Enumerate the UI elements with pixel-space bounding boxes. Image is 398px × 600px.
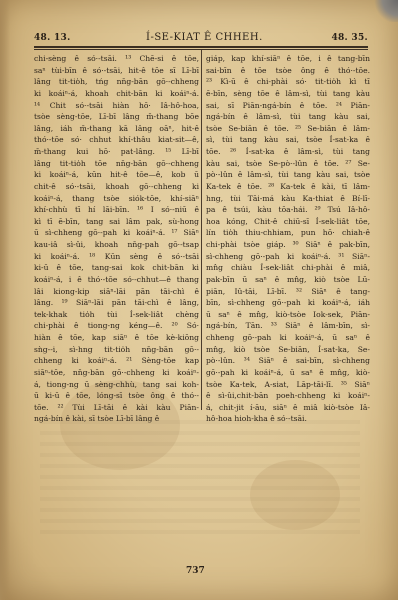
text-line: sì, tùi tang kàu sai, tsòe Í-sat-ka ê [206,134,370,146]
text-line: ū saⁿ ê mn̂g, kiò-tsòe Iok-sek, Piān- [206,309,370,321]
text-line: á, chit-jit í-āu, siāⁿ ê miâ kiò-tsòe Iâ… [206,402,370,414]
text-line: kàu sai, tsòe Se-pò·-lûn ê tōe. ²⁷ Se- [206,158,370,170]
text-line: hô-hoa hioh-kha ê só·-tsāi. [206,413,370,425]
text-line: pò·-lûn ê lâm-sì, tùi tang kàu sai, tsòe [206,169,370,181]
text-line: pak-bīn ū saⁿ ê mn̂g, kiò tsòe Lū- [206,274,370,286]
text-line: saⁿ tùi-bīn ê só·-tsāi, hit-ê tōe sī Lī-… [34,65,199,77]
column-divider [201,50,202,410]
text-line: ê sì-ûi,chit-bān poeh-chheng ki koáiⁿ- [206,390,370,402]
text-line: mn̂g chiàu Í-sek-liât chi-phài ê miâ, [206,262,370,274]
text-line: tsòe Ka-tek, A-siat, Lāp-tāi-lī. ³⁵ Siāⁿ [206,379,370,391]
text-line: ū sì-chheng gō·-pah ki koáiⁿ-á. ¹⁷ Siāⁿ [34,227,199,239]
text-line: ki koáiⁿ-á. ¹⁸ Kūn sèng ê só·-tsāi [34,251,199,263]
text-line: koáiⁿ-á, i ê thó·-tōe só·-chhut—ê thang [34,274,199,286]
text-line: ngá-bín, Tān. ³³ Siāⁿ ê lâm-bīn, sì- [206,320,370,332]
text-line: chi-sèng ê só·-tsāi. ¹³ Chē-si ê tōe, [34,53,199,65]
text-line: kì tī ē-bīn, tang sai lâm pak, sù-hong [34,216,199,228]
text-line: ē-bīn, sèng tōe ê lâm-sì, tùi tang kàu [206,88,370,100]
text-line: sǹg--i, sì-hng tit-tio̍h nn̄g-bān gō·- [34,344,199,356]
text-line: ki koáiⁿ-á, khoah chit-bān ki koáiⁿ-á. [34,88,199,100]
text-line: pò·-lûn. ³⁴ Siāⁿ ê sai-bīn, sì-chheng [206,355,370,367]
page-corner-shadow [372,0,398,22]
text-column-left: chi-sèng ê só·-tsāi. ¹³ Chē-si ê tōe,saⁿ… [34,53,199,425]
text-line: hng, tùi Tāi-má kàu Ka-thiat ê Bí-lī- [206,193,370,205]
text-line: ngá-bín ê kài, sī tsòe Lī-bī lâng ê [34,413,199,425]
page-number: 737 [186,566,205,576]
book-page: 48. 13. Í-SE-KIAT Ê CHHEH. 48. 35. chi-s… [0,0,398,600]
text-line: ki koáiⁿ-á, kūn hit-ê tōe—ê, kob ū [34,169,199,181]
text-line: tsòe Se-biān ê tōe. ²⁵ Se-biān ê lâm- [206,123,370,135]
text-line: á, tiong-ng ū sèng-chhù, tang sai koh- [34,379,199,391]
header-right-reference: 48. 35. [331,33,368,43]
text-column-right: giáp, kap khí-siāⁿ ê tōe, i ê tang-bīnsa… [206,53,370,425]
text-line: chi-phài ê tiong-ng kéng—ê. ²⁰ Só· [34,320,199,332]
text-line: bīn, sì-chheng gō·-pah ki koáiⁿ-á, iáh [206,297,370,309]
text-line: lâi kiong-kip siāⁿ-lāi pān tāi-chì ê [34,286,199,298]
text-line: lín tio̍h thiu-chhiam, pun hō· chiah-ê [206,227,370,239]
text-line: chit-ê só·-tsāi, khoah gō·-chheng ki [34,181,199,193]
text-line: lâng tit-tio̍h, tńg nn̄g-bān gō·-chheng [34,76,199,88]
text-line: tōe. ²² Tùi Lī-tāi ê kài kàu Piān- [34,402,199,414]
header-book-title: Í-SE-KIAT Ê CHHEH. [146,32,263,43]
text-line: hoa kóng, Chit-ê chiū-sī Í-sek-liât tōe, [206,216,370,228]
text-line: ngá-bín ê lâm-sì, tùi tang kàu sai, [206,111,370,123]
text-line: Ka-tek ê tōe. ²⁸ Ka-tek ê kài, tī lâm- [206,181,370,193]
text-line: mn̂g, kiò tsòe Se-biān, Í-sat-ka, Se- [206,344,370,356]
text-line: kau-iâ sì-ûi, khoah nn̄g-pah gō·-tsap [34,239,199,251]
text-line: m̄-thang kui hō· pat-lâng. ¹⁵ Lī-bī [34,146,199,158]
running-header: 48. 13. Í-SE-KIAT Ê CHHEH. 48. 35. [34,30,368,46]
text-line: lâng, iáh m̄-thang kā lâng oāⁿ, hit-ê [34,123,199,135]
text-line: ²³ Kì-ū ê chi-phài só· tit-tio̍h kì tī [206,76,370,88]
text-line: piān, Iû-tāi, Lī-bī. ³² Siāⁿ ê tang- [206,286,370,298]
text-line: chi-phài tsòe giáp. ³⁰ Siāⁿ ê pak-bīn, [206,239,370,251]
text-line: tsòe sèng-tōe, Lī-bī lâng m̄-thang bōe [34,111,199,123]
text-line: ¹⁴ Chit só·-tsāi hiàn hō· Iâ-hô-hoa, [34,100,199,112]
text-line: lâng. ¹⁹ Siāⁿ-lāi pān tāi-chì ê lâng, [34,297,199,309]
text-line: pa ê tsúi, kàu tōa-hái. ²⁹ Tsú Iâ-hô- [206,204,370,216]
text-line: tek-khak tio̍h tùi Í-sek-liât chèng [34,309,199,321]
text-line: sai-bīn ê tōe tsòe ông ê thó·-tōe. [206,65,370,77]
text-line: siāⁿ-tōe, nn̄g-bān gō·-chheng ki koáiⁿ- [34,367,199,379]
text-line: ki-ū ê tōe, tang-sai kok chit-bān ki [34,262,199,274]
text-line: chheng gō·-pah ki koáiⁿ-á, ū saⁿ ê [206,332,370,344]
text-line: tōe. ²⁶ Í-sat-ka ê lâm-sì, tùi tang [206,146,370,158]
text-line: ū ki-ū ê tōe, lóng-sī tsòe ông ê thó·- [34,390,199,402]
text-line: gō·-pah ki koáiⁿ-á, ū saⁿ ê mn̂g, kiò- [206,367,370,379]
text-line: khí-chhù tī hí lāi-bīn. ¹⁶ I só·-niū ê [34,204,199,216]
text-line: hiàn ê tōe, kap siāⁿ ê tōe kè-kiōng [34,332,199,344]
text-line: giáp, kap khí-siāⁿ ê tōe, i ê tang-bīn [206,53,370,65]
page-gutter-shadow [0,0,10,600]
show-through-text [40,420,360,540]
header-left-reference: 48. 13. [34,33,71,43]
text-line: sì-chheng gō·-pah ki koáiⁿ-á. ³¹ Siāⁿ- [206,251,370,263]
text-line: koáiⁿ-á, thang tsòe siók-tōe, khí-siāⁿ [34,193,199,205]
text-line: lâng tit-tio̍h tōe nn̄g-bān gō·-chheng [34,158,199,170]
text-line: chheng ki koáiⁿ-á. ²¹ Sèng-tōe kap [34,355,199,367]
text-line: sai, sī Piān-ngá-bín ê tōe. ²⁴ Piān- [206,100,370,112]
text-line: thó·-tōe só· chhut khí-thâu kiat-sit—ê, [34,134,199,146]
